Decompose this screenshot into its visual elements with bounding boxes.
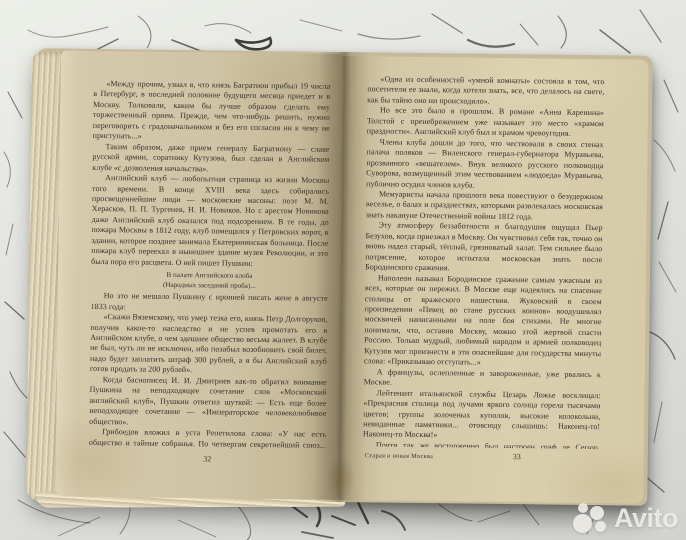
- text-paragraph: «Одна из особенностей «умной комнаты» со…: [367, 74, 604, 108]
- right-page-footer: Старая и новая Москва 33: [363, 450, 600, 465]
- verse-quote: В палате Английского клоба (Народных зас…: [91, 270, 328, 292]
- text-paragraph: Мемуаристы начала прошлого века повеству…: [366, 189, 603, 223]
- running-title: Старая и новая Москва: [365, 452, 433, 460]
- text-paragraph: А французы, ослепленные и завороженные, …: [364, 367, 601, 391]
- avito-logo-icon: [573, 502, 609, 534]
- left-page: «Между прочим, узнал я, что князь Баграт…: [55, 51, 342, 500]
- text-paragraph: «Скажи Вяземскому, что умер тезка его, к…: [90, 312, 328, 378]
- text-paragraph: Но все это было в прошлом. В романе «Анн…: [367, 106, 604, 140]
- left-page-text: «Между прочим, узнал я, что князь Баграт…: [89, 79, 330, 450]
- text-paragraph: Лейтенант итальянской службы Цезарь Ложь…: [363, 388, 601, 443]
- text-paragraph: Наполеон называл Бородинское сражение са…: [364, 273, 602, 370]
- open-book: «Между прочим, узнал я, что князь Баграт…: [31, 48, 652, 505]
- text-paragraph: Когда баснописец И. И. Дмитриев как-то о…: [89, 375, 327, 430]
- text-paragraph: Эту атмосферу беззаботности и благодушия…: [365, 221, 603, 276]
- avito-watermark: Avito: [573, 502, 678, 534]
- photo-stage: «Между прочим, узнал я, что князь Баграт…: [0, 0, 686, 540]
- text-paragraph: Члены клуба дошли до того, что чествовал…: [366, 137, 604, 192]
- text-paragraph: Но это не мешало Пушкину с иронией писат…: [91, 291, 328, 315]
- text-paragraph: Грибоедов вложил в уста Репетилова слова…: [89, 427, 326, 450]
- avito-wordmark: Avito: [614, 505, 678, 532]
- text-paragraph: Таким образом, даже прием генералу Багра…: [92, 142, 329, 176]
- right-page: «Одна из особенностей «умной комнаты» со…: [337, 56, 648, 504]
- text-paragraph: «Между прочим, узнал я, что князь Баграт…: [93, 79, 331, 145]
- left-page-number: 32: [89, 453, 326, 465]
- right-page-text: «Одна из особенностей «умной комнаты» со…: [363, 74, 605, 449]
- text-paragraph: Английский клуб — любопытная страница из…: [91, 173, 329, 270]
- right-page-number: 33: [513, 452, 521, 461]
